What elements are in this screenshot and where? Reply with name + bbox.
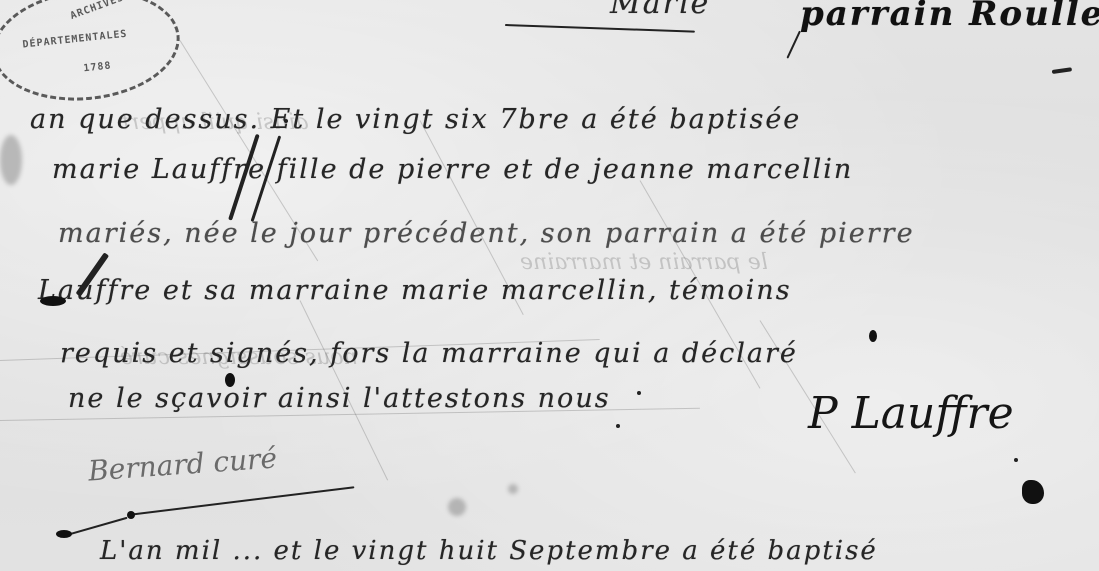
signature-underline: [128, 486, 355, 516]
entry-line-1: an que dessus. Et le vingt six 7bre a ét…: [30, 104, 801, 135]
ink-smudge: [508, 484, 518, 494]
stamp-line-1: ARCHIVES: [69, 0, 126, 22]
bleed-text: le parrain et marraine: [520, 250, 768, 275]
ink-dot: [637, 391, 641, 395]
next-entry-line: L'an mil ... et le vingt huit Septembre …: [100, 536, 878, 566]
stamp-line-2: DÉPARTEMENTALES: [22, 29, 128, 51]
ink-blot: [1022, 480, 1044, 504]
ink-dot: [616, 424, 620, 428]
ink-blot: [56, 530, 72, 538]
header-right-fragment: parrain Roullet: [800, 0, 1099, 34]
entry-line-6: ne le sçavoir ainsi l'attestons nous: [68, 383, 611, 414]
ink-dot: [1014, 458, 1018, 462]
entry-line-2: marie Lauffre fille de pierre et de jean…: [52, 154, 853, 185]
witness-signature: P Lauffre: [808, 388, 1014, 439]
ink-blot: [40, 296, 66, 306]
underline-flourish: [505, 24, 695, 33]
ink-mark: [1052, 67, 1072, 74]
stamp-line-3: 1788: [83, 60, 112, 74]
ink-blot: [869, 330, 877, 342]
ink-smudge: [448, 498, 466, 516]
archive-stamp: ARCHIVES DÉPARTEMENTALES 1788: [0, 0, 185, 110]
header-left-fragment: Marie: [610, 0, 710, 21]
descender-stroke: [786, 31, 800, 59]
ink-blot: [225, 373, 235, 387]
entry-line-3: mariés, née le jour précédent, son parra…: [58, 218, 915, 249]
margin-signature: Bernard curé: [87, 441, 278, 487]
document-page: ainsi qu'il appert le parrain et marrain…: [0, 0, 1099, 571]
entry-line-4: Lauffre et sa marraine marie marcellin, …: [38, 275, 792, 306]
ink-smudge: [0, 135, 22, 185]
entry-line-5: requis et signés, fors la marraine qui a…: [60, 338, 798, 369]
ink-dot: [284, 119, 288, 123]
ink-blot: [127, 511, 135, 519]
